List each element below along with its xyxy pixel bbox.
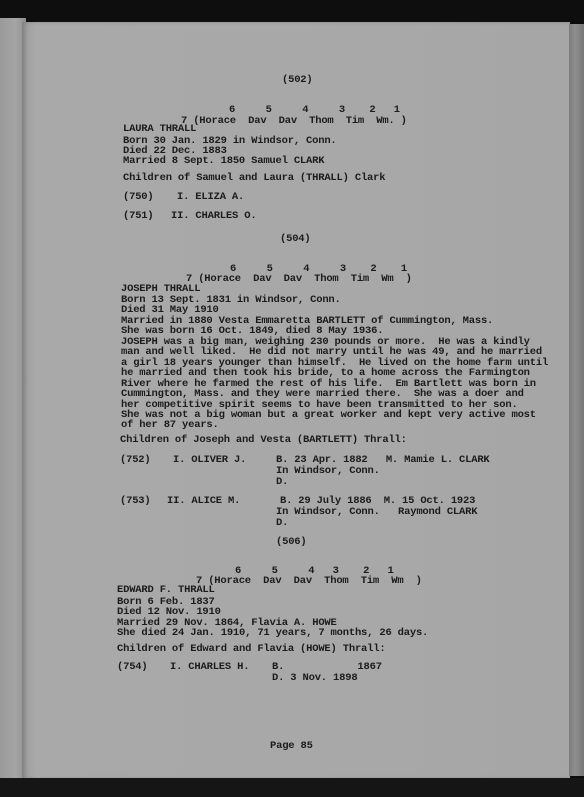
detail-line: She died 24 Jan. 1910, 71 years, 7 month…: [117, 627, 428, 639]
child-info: D. 3 Nov. 1898: [272, 672, 357, 684]
child-info: In Windsor, Conn.: [276, 465, 380, 477]
child-name: II. ALICE M.: [167, 495, 240, 507]
scanner-background-top: [0, 0, 584, 22]
children-heading: Children of Edward and Flavia (HOWE) Thr…: [117, 643, 385, 655]
person-name: LAURA THRALL: [123, 123, 196, 135]
child-ref: (752): [120, 454, 151, 466]
children-heading: Children of Joseph and Vesta (BARTLETT) …: [120, 434, 407, 446]
lineage-names: 7 (Horace Dav Dav Thom Tim Wm. ): [181, 115, 407, 127]
child-ref: (754): [117, 661, 148, 673]
detail-line: Married 8 Sept. 1850 Samuel CLARK: [123, 155, 324, 167]
page-stack-edge: [569, 24, 584, 776]
child-info: D.: [276, 517, 288, 529]
child-info: In Windsor, Conn. Raymond CLARK: [276, 506, 477, 518]
section-id: (502): [282, 74, 313, 86]
person-name: EDWARD F. THRALL: [117, 584, 215, 596]
child-ref: (750): [123, 191, 154, 203]
child-name: I. CHARLES H.: [170, 661, 249, 673]
child-ref: (751): [123, 210, 154, 222]
children-heading: Children of Samuel and Laura (THRALL) Cl…: [123, 172, 385, 184]
section-id: (506): [276, 536, 307, 548]
detail-line: of her 87 years.: [121, 419, 219, 431]
section-id: (504): [280, 233, 311, 245]
child-name: I. ELIZA A.: [177, 191, 244, 203]
page-number: Page 85: [270, 740, 313, 752]
child-ref: (753): [120, 495, 151, 507]
child-name: I. OLIVER J.: [173, 454, 246, 466]
lineage-names: 7 (Horace Dav Dav Thom Tim Wm ): [196, 575, 422, 587]
scanner-background-bottom: [0, 778, 584, 797]
child-info: D.: [276, 476, 288, 488]
child-name: II. CHARLES O.: [171, 210, 256, 222]
lineage-names: 7 (Horace Dav Dav Thom Tim Wm ): [186, 273, 412, 285]
